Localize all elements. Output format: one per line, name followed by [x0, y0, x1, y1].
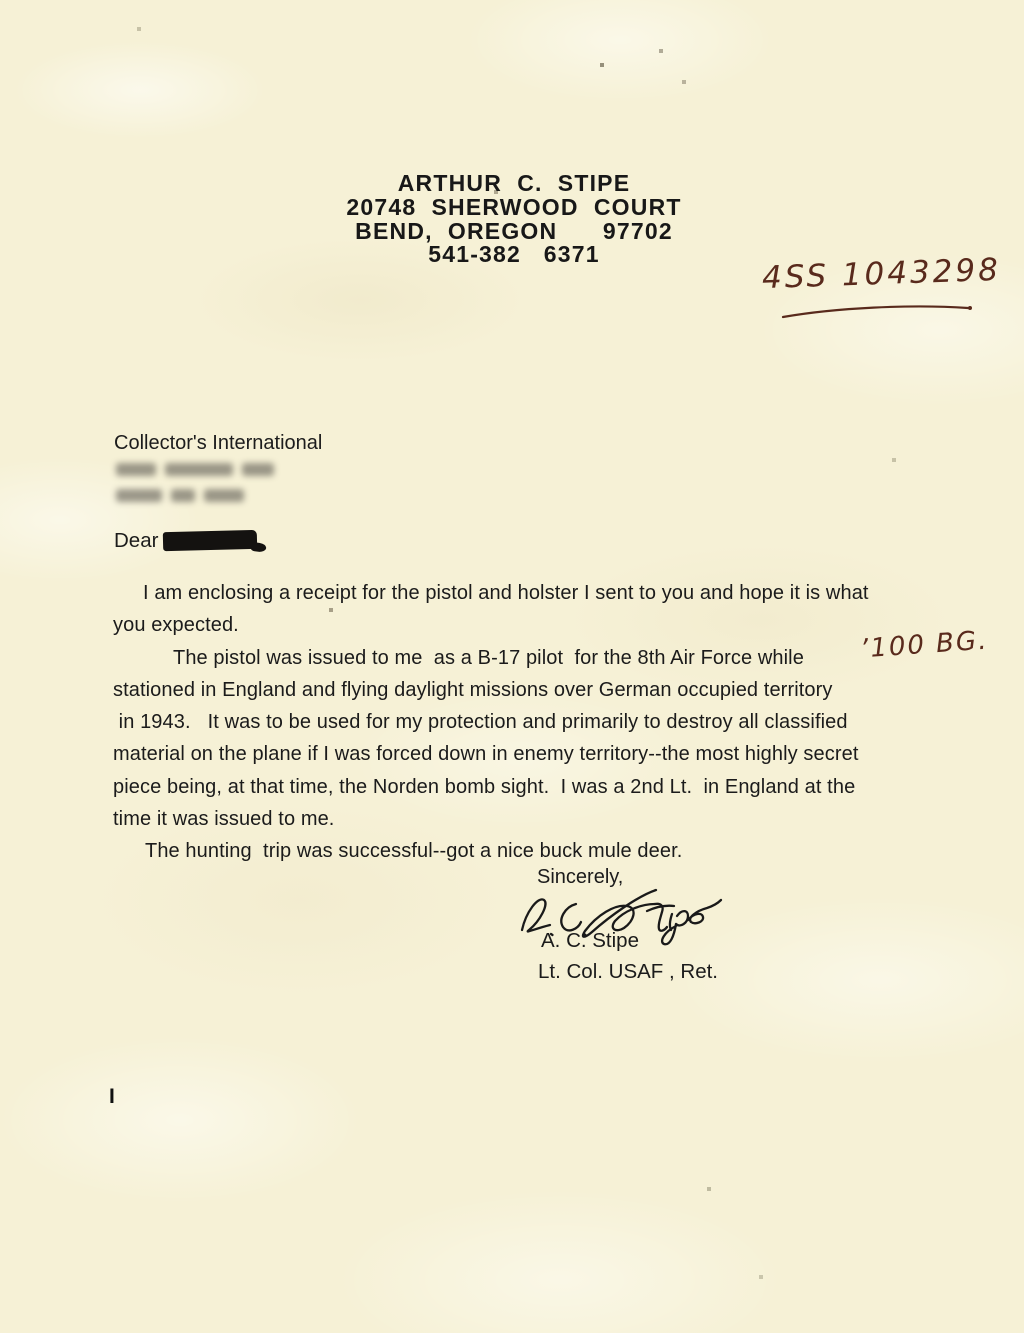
body-line: time it was issued to me.: [113, 803, 913, 835]
letterhead-name: ARTHUR C. STIPE: [2, 172, 1024, 196]
body-line: material on the plane if I was forced do…: [113, 738, 913, 770]
signature-printed-name: A. C. Stipe: [541, 929, 639, 953]
letterhead-street: 20748 SHERWOOD COURT: [2, 196, 1024, 220]
body-line: I am enclosing a receipt for the pistol …: [113, 577, 913, 609]
letterhead: ARTHUR C. STIPE 20748 SHERWOOD COURT BEN…: [0, 172, 1024, 267]
body-line: piece being, at that time, the Norden bo…: [113, 771, 913, 803]
handwritten-inventory-note: 4SS 1043298: [761, 252, 1001, 296]
letter-body: I am enclosing a receipt for the pistol …: [113, 577, 913, 868]
redacted-address-line-1: [116, 461, 283, 479]
letterhead-city: BEND, OREGON 97702: [2, 220, 1024, 244]
handwritten-underline: [780, 300, 980, 322]
salutation: Dear: [114, 528, 257, 553]
scan-specks: [0, 0, 2, 2]
scanned-letter-page: ARTHUR C. STIPE 20748 SHERWOOD COURT BEN…: [0, 0, 1024, 1333]
redacted-address-line-2: [116, 487, 253, 505]
redacted-name-bar: [163, 530, 257, 551]
salutation-prefix: Dear: [114, 529, 158, 552]
body-line: The pistol was issued to me as a B-17 pi…: [113, 642, 913, 674]
body-line: stationed in England and flying daylight…: [113, 674, 913, 706]
recipient-company: Collector's International: [114, 432, 322, 455]
stray-mark: I: [109, 1085, 115, 1109]
signature-title: Lt. Col. USAF , Ret.: [538, 960, 718, 984]
body-line: you expected.: [113, 609, 913, 641]
body-line: The hunting trip was successful--got a n…: [113, 835, 913, 867]
body-line: in 1943. It was to be used for my protec…: [113, 706, 913, 738]
